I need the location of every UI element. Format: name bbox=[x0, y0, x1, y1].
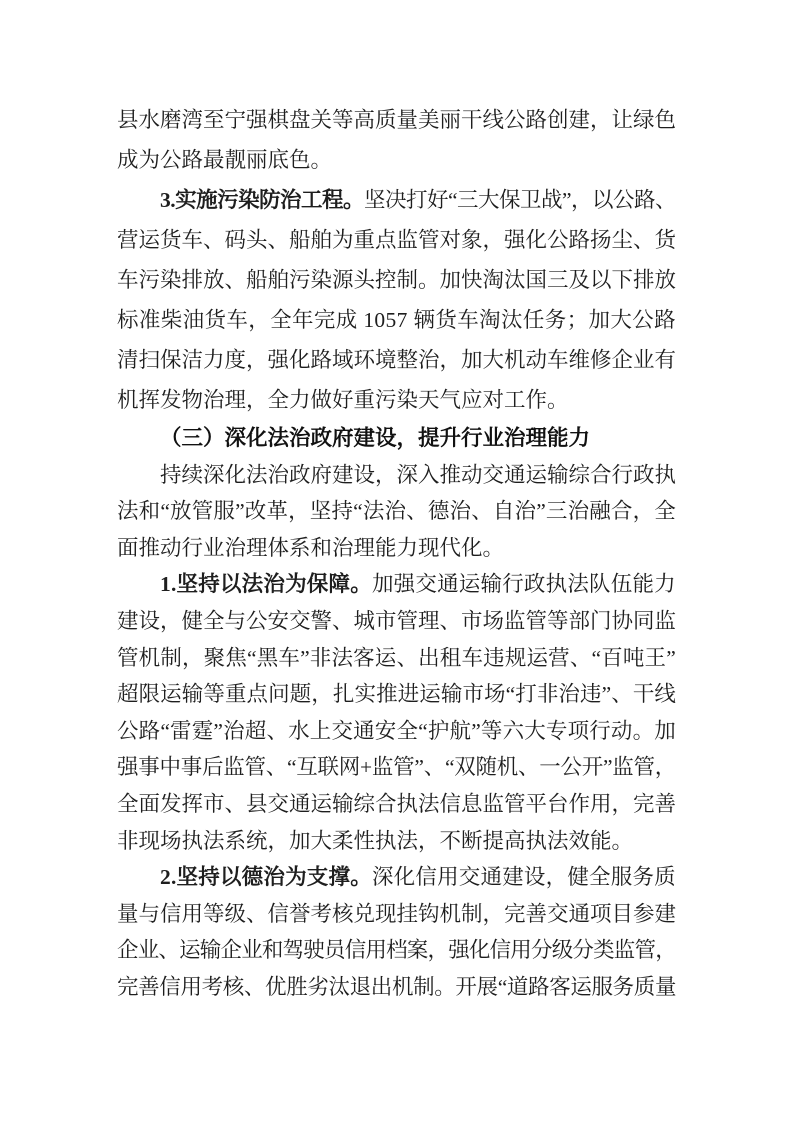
line-text: 成为公路最靓丽底色。 bbox=[117, 148, 332, 172]
line-text: 法和“放管服”改革，坚持“法治、德治、自治”三治融合，全 bbox=[117, 499, 676, 523]
document-page: 县水磨湾至宁强棋盘关等高质量美丽干线公路创建，让绿色 成为公路最靓丽底色。 3.… bbox=[0, 0, 793, 1122]
section-heading: （三）深化法治政府建设，提升行业治理能力 bbox=[160, 426, 590, 450]
line-text: 深化信用交通建设，健全服务质 bbox=[372, 865, 676, 889]
line-text: 坚决打好“三大保卫战”，以公路、 bbox=[364, 188, 676, 212]
text-line: 企业、运输企业和驾驶员信用档案，强化信用分级分类监管， bbox=[117, 932, 676, 969]
text-line: 面推动行业治理体系和治理能力现代化。 bbox=[117, 530, 676, 567]
text-line: 非现场执法系统，加大柔性执法，不断提高执法效能。 bbox=[117, 823, 676, 860]
line-text: 非现场执法系统，加大柔性执法，不断提高执法效能。 bbox=[117, 829, 633, 853]
line-text: 营运货车、码头、船舶为重点监管对象，强化公路扬尘、货 bbox=[117, 228, 676, 252]
numbered-lead: 2.坚持以德治为支撑。 bbox=[160, 865, 372, 889]
text-line: 县水磨湾至宁强棋盘关等高质量美丽干线公路创建，让绿色 bbox=[117, 100, 676, 140]
line-text: 清扫保洁力度，强化路域环境整治，加大机动车维修企业有 bbox=[117, 348, 676, 372]
text-line: 强事中事后监管、“互联网+监管”、“双随机、一公开”监管， bbox=[117, 749, 676, 786]
text-line: 营运货车、码头、船舶为重点监管对象，强化公路扬尘、货 bbox=[117, 220, 676, 260]
numbered-lead: 1.坚持以法治为保障。 bbox=[160, 572, 372, 596]
line-text: 建设，健全与公安交警、城市管理、市场监管等部门协同监 bbox=[117, 609, 676, 633]
text-line: 清扫保洁力度，强化路域环境整治，加大机动车维修企业有 bbox=[117, 340, 676, 380]
text-line: 全面发挥市、县交通运输综合执法信息监管平台作用，完善 bbox=[117, 786, 676, 823]
text-line: 完善信用考核、优胜劣汰退出机制。开展“道路客运服务质量 bbox=[117, 969, 676, 1006]
text-line: 机挥发物治理，全力做好重污染天气应对工作。 bbox=[117, 380, 676, 420]
text-line: 标准柴油货车，全年完成 1057 辆货车淘汰任务；加大公路 bbox=[117, 300, 676, 340]
text-line: 公路“雷霆”治超、水上交通安全“护航”等六大专项行动。加 bbox=[117, 713, 676, 750]
text-line: 3.实施污染防治工程。坚决打好“三大保卫战”，以公路、 bbox=[117, 180, 676, 220]
text-line: 超限运输等重点问题，扎实推进运输市场“打非治违”、干线 bbox=[117, 676, 676, 713]
text-line: 2.坚持以德治为支撑。深化信用交通建设，健全服务质 bbox=[117, 859, 676, 896]
line-text: 公路“雷霆”治超、水上交通安全“护航”等六大专项行动。加 bbox=[117, 719, 676, 743]
numbered-lead: 3.实施污染防治工程。 bbox=[160, 188, 364, 212]
text-line: 建设，健全与公安交警、城市管理、市场监管等部门协同监 bbox=[117, 603, 676, 640]
text-line: 管机制，聚焦“黑车”非法客运、出租车违规运营、“百吨王” bbox=[117, 640, 676, 677]
section-heading-line: （三）深化法治政府建设，提升行业治理能力 bbox=[117, 420, 676, 457]
text-line: 持续深化法治政府建设，深入推动交通运输综合行政执 bbox=[117, 457, 676, 494]
line-text: 县水磨湾至宁强棋盘关等高质量美丽干线公路创建，让绿色 bbox=[117, 108, 676, 132]
line-text: 完善信用考核、优胜劣汰退出机制。开展“道路客运服务质量 bbox=[117, 975, 676, 999]
line-text: 车污染排放、船舶污染源头控制。加快淘汰国三及以下排放 bbox=[117, 268, 676, 292]
text-line: 法和“放管服”改革，坚持“法治、德治、自治”三治融合，全 bbox=[117, 493, 676, 530]
line-text: 加强交通运输行政执法队伍能力 bbox=[372, 572, 676, 596]
text-line: 量与信用等级、信誉考核兑现挂钩机制，完善交通项目参建 bbox=[117, 896, 676, 933]
line-text: 管机制，聚焦“黑车”非法客运、出租车违规运营、“百吨王” bbox=[117, 646, 676, 670]
line-text: 超限运输等重点问题，扎实推进运输市场“打非治违”、干线 bbox=[117, 682, 676, 706]
text-line: 成为公路最靓丽底色。 bbox=[117, 140, 676, 180]
line-text: 全面发挥市、县交通运输综合执法信息监管平台作用，完善 bbox=[117, 792, 676, 816]
line-text: 量与信用等级、信誉考核兑现挂钩机制，完善交通项目参建 bbox=[117, 902, 676, 926]
line-text: 强事中事后监管、“互联网+监管”、“双随机、一公开”监管， bbox=[117, 755, 676, 779]
line-text: 企业、运输企业和驾驶员信用档案，强化信用分级分类监管， bbox=[117, 938, 676, 962]
line-text: 机挥发物治理，全力做好重污染天气应对工作。 bbox=[117, 388, 569, 412]
line-text: 面推动行业治理体系和治理能力现代化。 bbox=[117, 536, 504, 560]
line-text: 持续深化法治政府建设，深入推动交通运输综合行政执 bbox=[160, 463, 676, 487]
line-text: 标准柴油货车，全年完成 1057 辆货车淘汰任务；加大公路 bbox=[117, 308, 676, 332]
text-line: 车污染排放、船舶污染源头控制。加快淘汰国三及以下排放 bbox=[117, 260, 676, 300]
page-body: 县水磨湾至宁强棋盘关等高质量美丽干线公路创建，让绿色 成为公路最靓丽底色。 3.… bbox=[0, 0, 793, 1006]
text-line: 1.坚持以法治为保障。加强交通运输行政执法队伍能力 bbox=[117, 566, 676, 603]
